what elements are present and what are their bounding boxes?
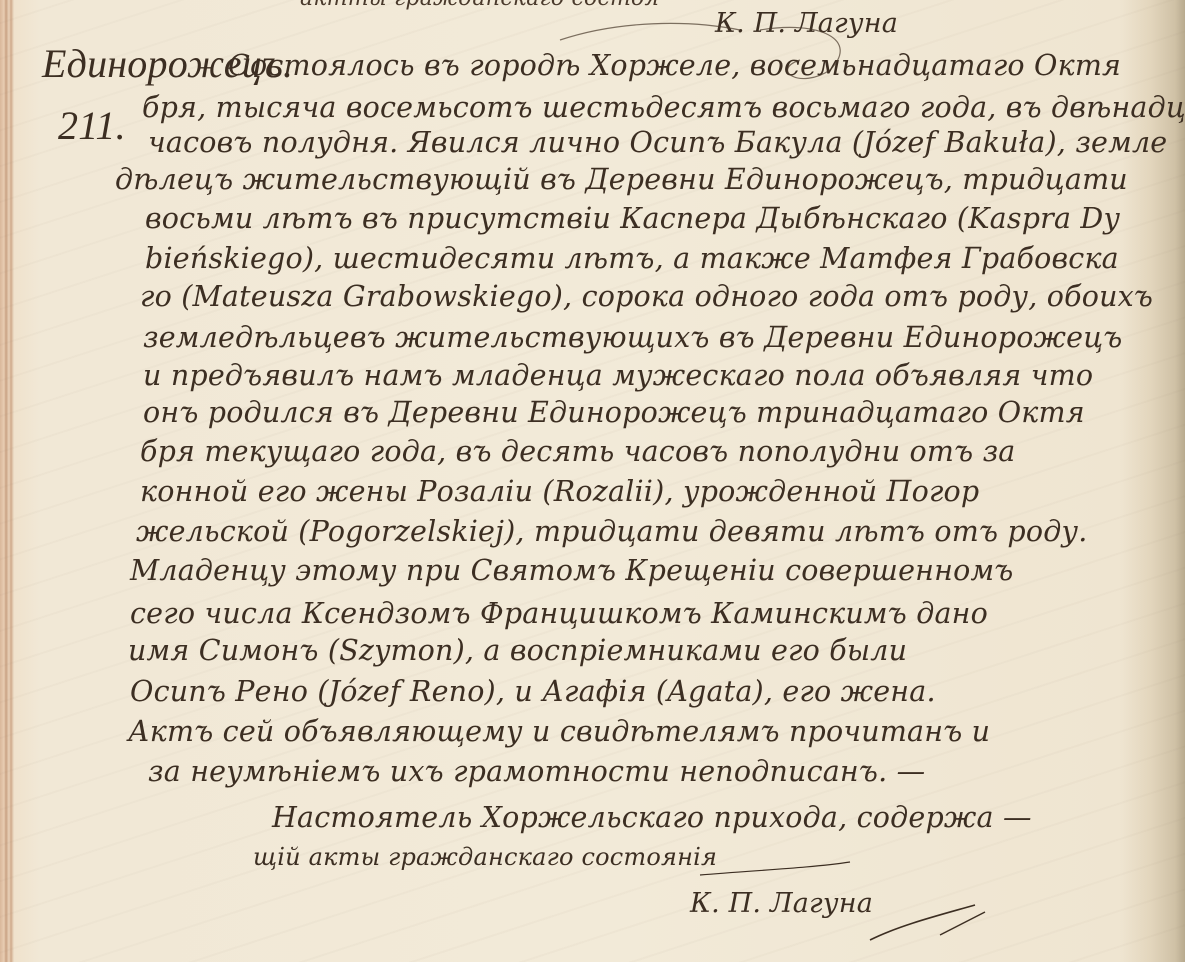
record-line: Состоялось въ городѣ Хоржеле, восемьнадц… <box>228 52 1121 81</box>
record-line: жельской (Pogorzelskiej), тридцати девят… <box>136 518 1087 547</box>
record-line: сего числа Ксендзомъ Францишкомъ Каминск… <box>130 600 988 629</box>
record-line: за неумѣніемъ ихъ грамотности неподписан… <box>148 758 925 787</box>
record-line: дѣлецъ жительствующій въ Деревни Единоро… <box>115 166 1128 195</box>
record-line: Младенцу этому при Святомъ Крещеніи сове… <box>130 557 1013 586</box>
closing-line-2: щій акты гражданскаго состоянія <box>253 845 717 869</box>
record-line: восьми лѣтъ въ присутствіи Каспера Дыбѣн… <box>145 205 1120 234</box>
closing-line-1: Настоятель Хоржельскаго прихода, содержа… <box>272 804 1032 833</box>
margin-record-number: 211. <box>58 102 126 149</box>
header-signature: К. П. Лагуна <box>715 8 898 39</box>
priest-signature: К. П. Лагуна <box>690 888 873 919</box>
record-line: го (Mateusza Grabowskiego), сорока одног… <box>140 283 1153 312</box>
record-line: онъ родился въ Деревни Единорожецъ трина… <box>143 399 1085 428</box>
record-line: конной его жены Розаліи (Rozalii), урожд… <box>140 478 979 507</box>
record-line: имя Симонъ (Szymon), а воспріемниками ег… <box>128 637 907 666</box>
record-line: бря, тысяча восемьсотъ шестьдесятъ восьм… <box>142 94 1185 123</box>
record-line: бря текущаго года, въ десять часовъ попо… <box>140 438 1016 467</box>
record-line: Осипъ Рено (Józef Reno), и Агафія (Agata… <box>130 678 936 707</box>
record-line: Актъ сей объявляющему и свидѣтелямъ проч… <box>128 718 990 747</box>
record-line: земледѣльцевъ жительствующихъ въ Деревни… <box>143 324 1123 353</box>
record-line: bieńskiego), шестидесяти лѣтъ, а также М… <box>145 245 1119 274</box>
header-fragment: актты гражданскаго состоя <box>300 0 659 11</box>
record-line: и предъявилъ намъ младенца мужескаго пол… <box>143 362 1093 391</box>
record-line: часовъ полудня. Явился лично Осипъ Бакул… <box>148 129 1167 158</box>
manuscript-page: актты гражданскаго состоя К. П. Лагуна Е… <box>0 0 1185 962</box>
